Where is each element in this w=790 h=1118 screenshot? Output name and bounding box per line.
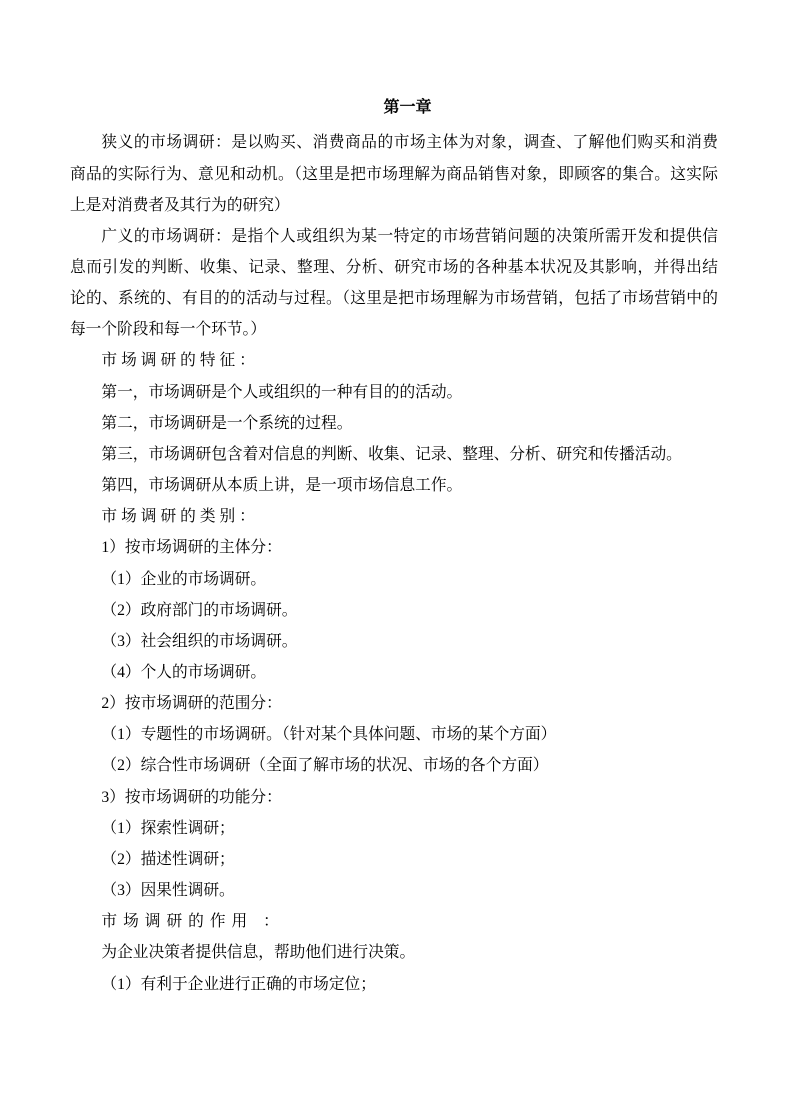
text-line: （1）探索性调研； <box>70 813 718 844</box>
text-line: 2）按市场调研的范围分： <box>70 688 718 719</box>
text-line: （1）专题性的市场调研。（针对某个具体问题、市场的某个方面） <box>70 719 718 750</box>
text-line: 为企业决策者提供信息，帮助他们进行决策。 <box>70 937 718 968</box>
text-line: （3）社会组织的市场调研。 <box>70 626 718 657</box>
text-line: （2）描述性调研； <box>70 844 718 875</box>
text-line: 1）按市场调研的主体分： <box>70 532 718 563</box>
text-line: 狭义的市场调研：是以购买、消费商品的市场主体为对象，调查、了解他们购买和消费 <box>70 127 718 158</box>
text-line: 广义的市场调研：是指个人或组织为某一特定的市场营销问题的决策所需开发和提供信 <box>70 221 718 252</box>
text-line: 市场调研的作用 ： <box>70 906 718 937</box>
text-line: （2）政府部门的市场调研。 <box>70 595 718 626</box>
text-line: 商品的实际行为、意见和动机。（这里是把市场理解为商品销售对象，即顾客的集合。这实… <box>70 159 718 190</box>
text-line: 市场调研的类别： <box>70 501 718 532</box>
text-line: 第三，市场调研包含着对信息的判断、收集、记录、整理、分析、研究和传播活动。 <box>70 439 718 470</box>
text-line: 论的、系统的、有目的的活动与过程。（这里是把市场理解为市场营销，包括了市场营销中… <box>70 283 718 314</box>
text-line: 第四，市场调研从本质上讲，是一项市场信息工作。 <box>70 470 718 501</box>
text-line: 第二，市场调研是一个系统的过程。 <box>70 408 718 439</box>
text-line: 息而引发的判断、收集、记录、整理、分析、研究市场的各种基本状况及其影响，并得出结 <box>70 252 718 283</box>
text-line: （1）有利于企业进行正确的市场定位； <box>70 969 718 1000</box>
text-line: 上是对消费者及其行为的研究） <box>70 190 718 221</box>
document-body: 狭义的市场调研：是以购买、消费商品的市场主体为对象，调查、了解他们购买和消费商品… <box>70 127 718 999</box>
text-line: 3）按市场调研的功能分： <box>70 782 718 813</box>
text-line: （2）综合性市场调研（全面了解市场的状况、市场的各个方面） <box>70 750 718 781</box>
text-line: 第一，市场调研是个人或组织的一种有目的的活动。 <box>70 377 718 408</box>
text-line: 市场调研的特征： <box>70 345 718 376</box>
text-line: （4）个人的市场调研。 <box>70 657 718 688</box>
text-line: （1）企业的市场调研。 <box>70 564 718 595</box>
text-line: 每一个阶段和每一个环节。） <box>70 314 718 345</box>
page-title: 第一章 <box>70 92 718 123</box>
text-line: （3）因果性调研。 <box>70 875 718 906</box>
document-content: 第一章 狭义的市场调研：是以购买、消费商品的市场主体为对象，调查、了解他们购买和… <box>70 92 718 1000</box>
document-page: 第一章 狭义的市场调研：是以购买、消费商品的市场主体为对象，调查、了解他们购买和… <box>0 0 790 1118</box>
